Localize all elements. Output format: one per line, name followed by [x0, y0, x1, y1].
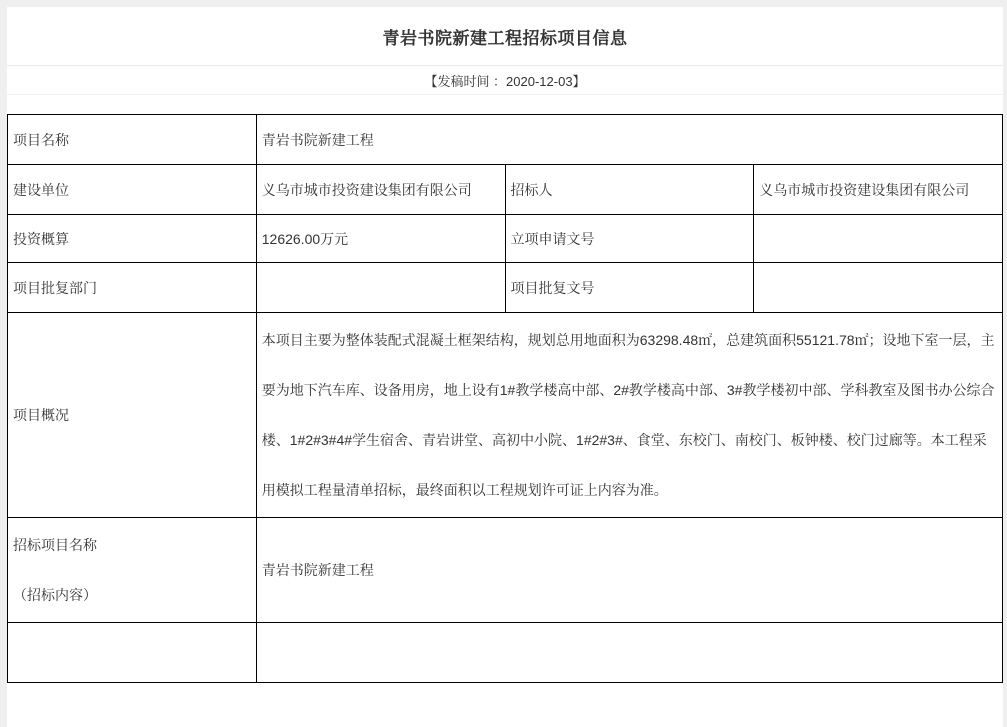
cell-value-construction-unit: 义乌市城市投资建设集团有限公司: [256, 165, 505, 215]
row-bid-project-name: 招标项目名称 （招标内容） 青岩书院新建工程: [8, 518, 1003, 623]
cell-value-bid-project-name: 青岩书院新建工程: [256, 518, 1002, 623]
cell-value-project-name: 青岩书院新建工程: [256, 115, 1002, 165]
cell-value-project-overview: 本项目主要为整体装配式混凝土框架结构，规划总用地面积为63298.48㎡，总建筑…: [256, 313, 1002, 518]
title-bar: 青岩书院新建工程招标项目信息: [7, 7, 1003, 66]
project-info-table: 项目名称 青岩书院新建工程 建设单位 义乌市城市投资建设集团有限公司 招标人 义…: [7, 114, 1003, 628]
cell-label-approval-department: 项目批复部门: [8, 263, 257, 313]
cell-label-bid-project-name: 招标项目名称 （招标内容）: [8, 518, 257, 623]
row-project-overview: 项目概况 本项目主要为整体装配式混凝土框架结构，规划总用地面积为63298.48…: [8, 313, 1003, 518]
cell-label-approval-doc-no: 项目批复文号: [505, 263, 754, 313]
cell-value-approval-doc-no: [754, 263, 1003, 313]
cell-label-project-application-no: 立项申请文号: [505, 215, 754, 263]
bid-project-name-label-line1: 招标项目名称: [13, 520, 251, 570]
cell-value-approval-department: [256, 263, 505, 313]
cell-label-construction-unit: 建设单位: [8, 165, 257, 215]
cell-value-tenderee: 义乌市城市投资建设集团有限公司: [754, 165, 1003, 215]
content-panel: 青岩书院新建工程招标项目信息 【发稿时间 ：2020-12-03】 项目名称 青…: [7, 7, 1003, 628]
cell-value-partial: [256, 623, 1002, 629]
publish-time-bar: 【发稿时间 ：2020-12-03】: [7, 66, 1003, 95]
cell-value-project-application-no: [754, 215, 1003, 263]
bid-project-name-label-line2: （招标内容）: [13, 570, 251, 620]
row-approval-department: 项目批复部门 项目批复文号: [8, 263, 1003, 313]
page-title: 青岩书院新建工程招标项目信息: [383, 24, 628, 49]
row-project-name: 项目名称 青岩书院新建工程: [8, 115, 1003, 165]
cell-label-project-overview: 项目概况: [8, 313, 257, 518]
row-construction-unit: 建设单位 义乌市城市投资建设集团有限公司 招标人 义乌市城市投资建设集团有限公司: [8, 165, 1003, 215]
cell-value-investment-estimate: 12626.00万元: [256, 215, 505, 263]
cell-label-project-name: 项目名称: [8, 115, 257, 165]
cell-label-partial: [8, 623, 257, 629]
cell-label-investment-estimate: 投资概算: [8, 215, 257, 263]
cell-label-tenderee: 招标人: [505, 165, 754, 215]
row-partial-bottom: [8, 623, 1003, 629]
row-investment-estimate: 投资概算 12626.00万元 立项申请文号: [8, 215, 1003, 263]
publish-time: 【发稿时间 ：2020-12-03】: [424, 71, 585, 90]
